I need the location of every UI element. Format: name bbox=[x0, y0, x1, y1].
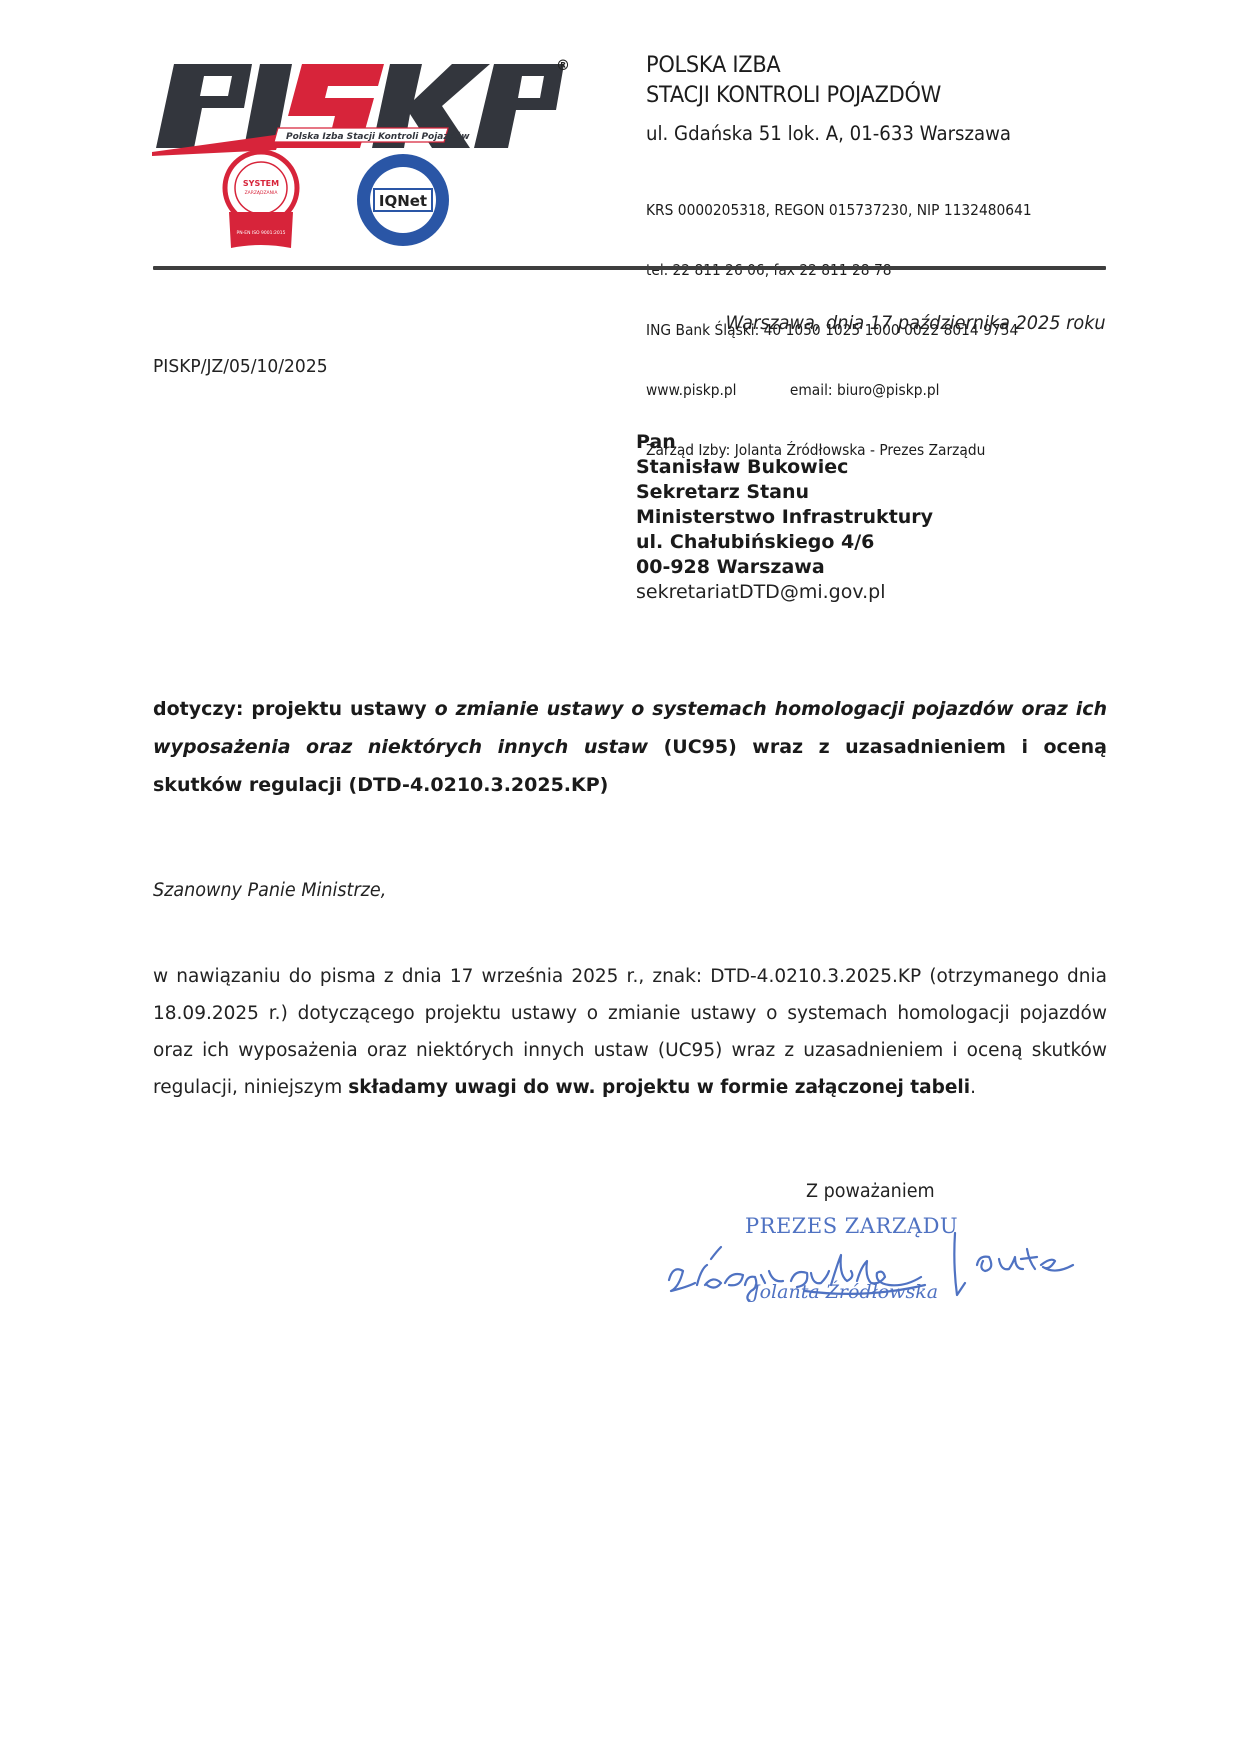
reference-number: PISKP/JZ/05/10/2025 bbox=[153, 356, 328, 377]
svg-text:ZARZĄDZANIA: ZARZĄDZANIA bbox=[245, 190, 279, 196]
recipient-city: 00-928 Warszawa bbox=[636, 555, 933, 580]
svg-text:®: ® bbox=[556, 58, 570, 74]
organization-name: POLSKA IZBA STACJI KONTROLI POJAZDÓW bbox=[646, 50, 941, 110]
closing-regards: Z poważaniem bbox=[806, 1181, 935, 1202]
email-link[interactable]: email: biuro@piskp.pl bbox=[790, 381, 940, 399]
recipient-block: Pan Stanisław Bukowiec Sekretarz Stanu M… bbox=[636, 430, 933, 605]
iqnet-certified-seal: IQNet bbox=[354, 151, 452, 249]
organization-name-line1: POLSKA IZBA bbox=[646, 50, 941, 80]
phone-fax: tel. 22 811 26 06, fax 22 811 28 78 bbox=[646, 260, 1032, 280]
recipient-title: Pan bbox=[636, 430, 933, 455]
piskp-logo: Polska Izba Stacji Kontroli Pojazdów ® bbox=[152, 56, 572, 156]
recipient-email[interactable]: sekretariatDTD@mi.gov.pl bbox=[636, 580, 933, 605]
organization-name-line2: STACJI KONTROLI POJAZDÓW bbox=[646, 80, 941, 110]
subject-line: dotyczy: projektu ustawy o zmianie ustaw… bbox=[153, 690, 1107, 804]
subject-lead: dotyczy: projektu ustawy bbox=[153, 698, 435, 720]
web-email-row: www.piskp.plemail: biuro@piskp.pl bbox=[646, 380, 1032, 400]
recipient-institution: Ministerstwo Infrastruktury bbox=[636, 505, 933, 530]
recipient-position: Sekretarz Stanu bbox=[636, 480, 933, 505]
svg-text:IQNet: IQNet bbox=[379, 192, 427, 210]
stamp-name: Jolanta Źródłowska bbox=[752, 1281, 938, 1303]
letterhead-divider bbox=[153, 266, 1106, 270]
registry-numbers: KRS 0000205318, REGON 015737230, NIP 113… bbox=[646, 200, 1032, 220]
place-and-date: Warszawa, dnia 17 października 2025 roku bbox=[726, 312, 1106, 334]
svg-text:Polska Izba Stacji Kontroli Po: Polska Izba Stacji Kontroli Pojazdów bbox=[286, 131, 470, 142]
website-link[interactable]: www.piskp.pl bbox=[646, 381, 737, 399]
svg-text:PN-EN ISO 9001:2015: PN-EN ISO 9001:2015 bbox=[237, 230, 286, 236]
body-paragraph: w nawiązaniu do pisma z dnia 17 września… bbox=[153, 958, 1107, 1106]
body-end: . bbox=[970, 1077, 976, 1098]
piskp-logo-graphic: Polska Izba Stacji Kontroli Pojazdów ® bbox=[152, 56, 572, 156]
recipient-street: ul. Chałubińskiego 4/6 bbox=[636, 530, 933, 555]
recipient-name: Stanisław Bukowiec bbox=[636, 455, 933, 480]
salutation: Szanowny Panie Ministrze, bbox=[153, 880, 386, 901]
organization-address: ul. Gdańska 51 lok. A, 01-633 Warszawa bbox=[646, 121, 1011, 147]
body-bold-text: składamy uwagi do ww. projektu w formie … bbox=[348, 1077, 970, 1098]
quality-system-seal: SYSTEM ZARZĄDZANIA PN-EN ISO 9001:2015 bbox=[221, 150, 301, 252]
svg-text:SYSTEM: SYSTEM bbox=[243, 179, 279, 188]
